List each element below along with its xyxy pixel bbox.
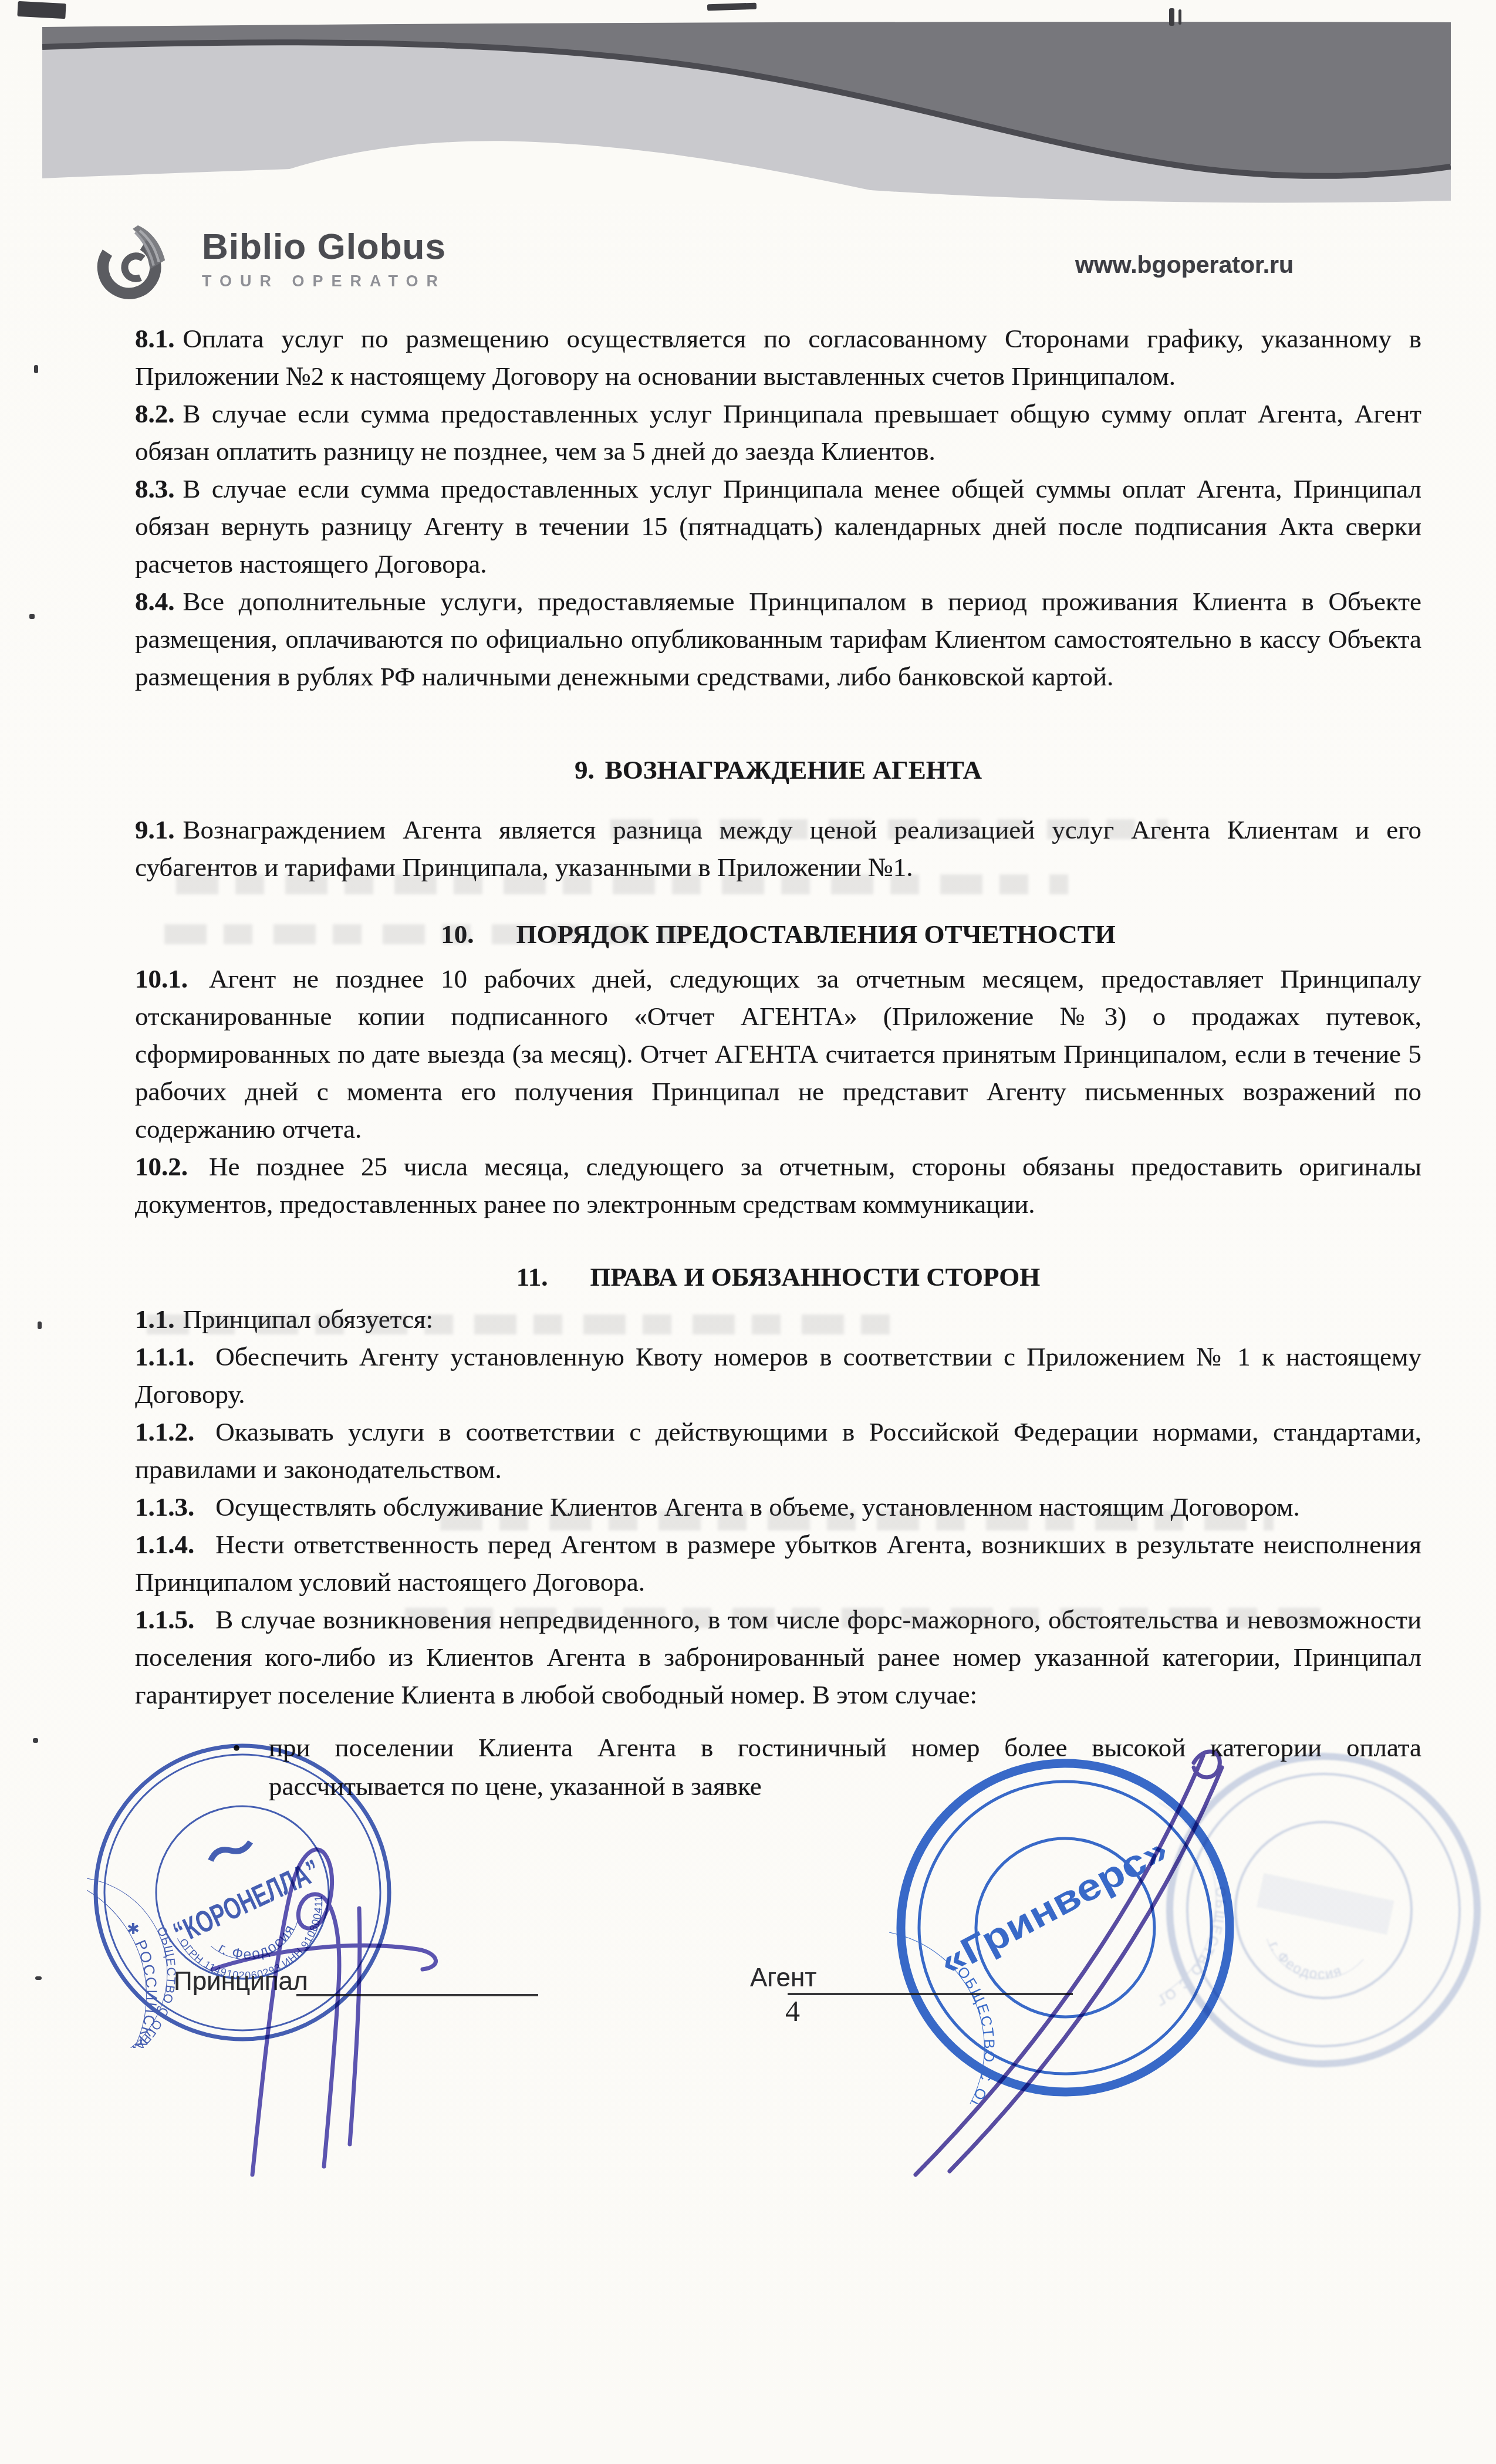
clause-number: 8.3. [135,474,175,503]
biblio-globus-swirl-icon [94,222,185,304]
clause-number: 8.1. [135,324,175,353]
section-title: ВОЗНАГРАЖДЕНИЕ АГЕНТА [605,755,982,785]
svg-text:г. Феодосия: г. Феодосия [1261,1936,1350,1988]
clause-text: В случае если сумма предоставленных услу… [135,474,1421,579]
website-url: www.bgoperator.ru [1075,251,1294,279]
clause-text: Нести ответственность перед Агентом в ра… [135,1530,1421,1597]
clause-number: 8.2. [135,399,175,428]
clause-text: Оплата услуг по размещению осуществляетс… [135,324,1421,391]
scan-bleed-artifact [164,924,693,944]
company-stamp-koronella: ✱ РОССИЙСКАЯ ФЕДЕРАЦИЯ ✱ РЕСПУБЛИКА КРЫМ… [87,1737,398,2048]
scan-bleed-artifact [440,1510,1274,1530]
stamp-center-name: «Гринверс» [933,1828,1175,1983]
clause-1-1-4: 1.1.4.Нести ответственность перед Агенто… [135,1526,1421,1601]
scanned-contract-page: Biblio Globus TOUR OPERATOR www.bgoperat… [0,0,1496,2464]
scan-speck [35,1976,42,1980]
clause-text: Агент не позднее 10 рабочих дней, следую… [135,964,1421,1144]
clause-number: 1.1.3. [135,1492,194,1522]
clause-1-1-2: 1.1.2.Оказывать услуги в соответствии с … [135,1413,1421,1488]
scan-speck [17,1,66,19]
header-wave-graphic [42,18,1451,204]
principal-signature-label: Принципал [174,1967,308,1996]
scan-speck [1178,9,1181,25]
faint-stamp-imprint: ОБЩЕСТВО С ОГРАНИЧЕННОЙ ОТВЕТСТВЕННОСТЬЮ… [1159,1746,1488,2074]
section-number: 9. [575,755,595,785]
section-title: ПРАВА И ОБЯЗАННОСТИ СТОРОН [590,1262,1040,1292]
clause-number: 1.1.4. [135,1530,194,1559]
section-11-heading: 11.ПРАВА И ОБЯЗАННОСТИ СТОРОН [135,1258,1421,1296]
principal-signature-line [296,1994,538,1996]
clause-number: 8.4. [135,587,175,616]
scan-speck [33,1738,38,1743]
clause-10-2: 10.2.Не позднее 25 числа месяца, следующ… [135,1148,1421,1223]
clause-1-1-1: 1.1.1.Обеспечить Агенту установленную Кв… [135,1338,1421,1413]
clause-text: Обеспечить Агенту установленную Квоту но… [135,1342,1421,1409]
clause-number: 10.1. [135,964,188,993]
agent-signature-line [788,1993,1073,1995]
scan-speck [707,3,757,11]
stamp-center-name: “КОРОНЕЛЛА” [168,1853,325,1951]
clause-number: 1.1.1. [135,1342,194,1371]
clause-8-4: 8.4.Все дополнительные услуги, предостав… [135,583,1421,695]
scan-bleed-artifact [147,1314,898,1334]
stamp-city-text: г. Феодосия [1261,1936,1350,1988]
clause-text: Не позднее 25 числа месяца, следующего з… [135,1152,1421,1219]
scan-bleed-artifact [610,819,1168,839]
page-number: 4 [785,1994,800,2028]
brand-tagline: TOUR OPERATOR [202,272,446,290]
scan-bleed-artifact [405,1608,1321,1628]
clause-8-1: 8.1.Оплата услуг по размещению осуществл… [135,320,1421,395]
clause-8-2: 8.2.В случае если сумма предоставленных … [135,395,1421,470]
clause-8-3: 8.3.В случае если сумма предоставленных … [135,470,1421,583]
contract-body: 8.1.Оплата услуг по размещению осуществл… [135,320,1421,1805]
clause-number: 10.2. [135,1152,188,1181]
section-number: 11. [516,1262,548,1292]
clause-10-1: 10.1.Агент не позднее 10 рабочих дней, с… [135,960,1421,1148]
clause-number: 1.1.5. [135,1605,194,1634]
clause-number: 1.1.2. [135,1417,194,1446]
clause-text: В случае если сумма предоставленных услу… [135,399,1421,466]
section-9-heading: 9.ВОЗНАГРАЖДЕНИЕ АГЕНТА [135,751,1421,789]
brand-name: Biblio Globus [202,229,446,265]
scan-speck [34,365,38,373]
clause-text: Оказывать услуги в соответствии с действ… [135,1417,1421,1484]
biblio-globus-logo: Biblio Globus TOUR OPERATOR [94,222,446,304]
scan-speck [1169,8,1174,26]
scan-speck [38,1321,42,1329]
scan-bleed-artifact [176,874,1068,894]
clause-number: 9.1. [135,815,175,844]
agent-signature-label: Агент [750,1963,816,1993]
clause-text: Все дополнительные услуги, предоставляем… [135,587,1421,691]
scan-speck [29,614,35,619]
